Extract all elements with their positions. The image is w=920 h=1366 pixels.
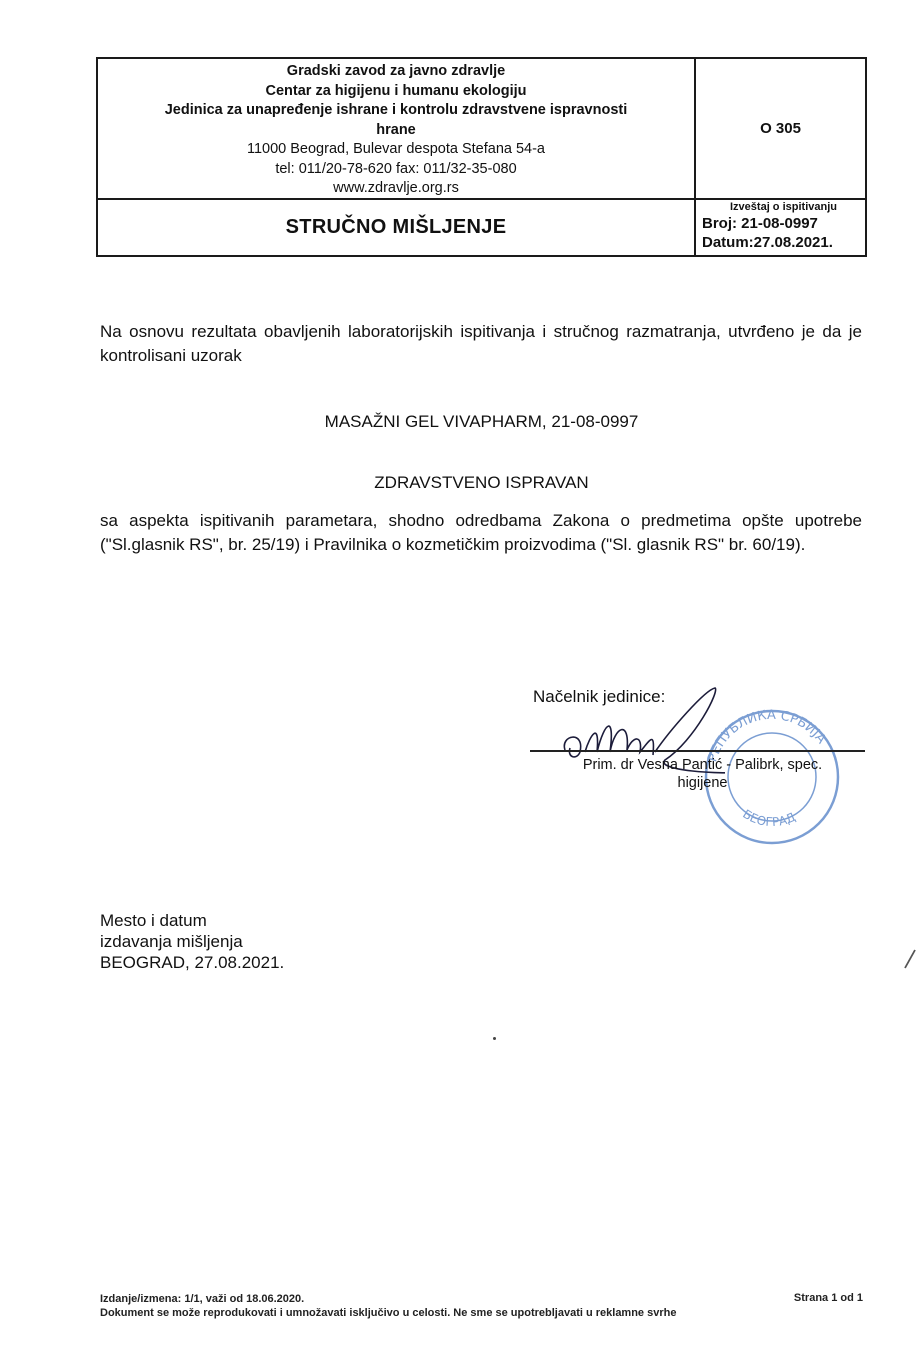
org-phone-fax: tel: 011/20-78-620 fax: 011/32-35-080: [98, 160, 694, 180]
signatory-name-line2: higijene: [530, 774, 875, 792]
intro-paragraph: Na osnovu rezultata obavljenih laborator…: [100, 320, 862, 368]
page-number: Strana 1 od 1: [794, 1292, 863, 1304]
org-address: 11000 Beograd, Bulevar despota Stefana 5…: [98, 140, 694, 160]
signature-line: [530, 750, 865, 752]
verdict: ZDRAVSTVENO ISPRAVAN: [96, 473, 867, 493]
report-info: Izveštaj o ispitivanju Broj: 21-08-0997 …: [696, 200, 865, 255]
document-header-table: Gradski zavod za javno zdravlje Centar z…: [96, 57, 867, 257]
footer-notice: Dokument se može reprodukovati i umnožav…: [100, 1306, 676, 1320]
report-number: Broj: 21-08-0997: [702, 214, 865, 233]
scan-dot-icon: [493, 1037, 496, 1040]
org-center: Centar za higijenu i humanu ekologiju: [98, 82, 694, 102]
form-code: O 305: [696, 59, 865, 200]
signatory-name: Prim. dr Vesna Pantić - Palibrk, spec. h…: [530, 756, 875, 792]
sample-name: MASAŽNI GEL VIVAPHARM, 21-08-0997: [96, 412, 867, 432]
org-website: www.zdravlje.org.rs: [98, 179, 694, 199]
signatory-name-line1: Prim. dr Vesna Pantić - Palibrk, spec.: [530, 756, 875, 774]
signature-title: Načelnik jedinice:: [533, 687, 665, 707]
place-date-label1: Mesto i datum: [100, 910, 284, 931]
svg-text:БЕОГРАД: БЕОГРАД: [740, 807, 797, 829]
report-label: Izveštaj o ispitivanju: [702, 200, 865, 214]
footer-edition: Izdanje/izmena: 1/1, važi od 18.06.2020.: [100, 1292, 676, 1306]
place-and-date: Mesto i datum izdavanja mišljenja BEOGRA…: [100, 910, 284, 973]
scan-mark-icon: [903, 948, 917, 970]
basis-paragraph: sa aspekta ispitivanih parametara, shodn…: [100, 509, 862, 557]
document-title: STRUČNO MIŠLJENJE: [98, 200, 696, 255]
organization-block: Gradski zavod za javno zdravlje Centar z…: [98, 59, 696, 200]
org-unit: Jedinica za unapređenje ishrane i kontro…: [98, 101, 694, 121]
place-date-value: BEOGRAD, 27.08.2021.: [100, 952, 284, 973]
footer: Izdanje/izmena: 1/1, važi od 18.06.2020.…: [100, 1292, 676, 1320]
org-name: Gradski zavod za javno zdravlje: [98, 62, 694, 82]
report-date: Datum:27.08.2021.: [702, 233, 865, 252]
place-date-label2: izdavanja mišljenja: [100, 931, 284, 952]
org-unit-cont: hrane: [98, 121, 694, 141]
